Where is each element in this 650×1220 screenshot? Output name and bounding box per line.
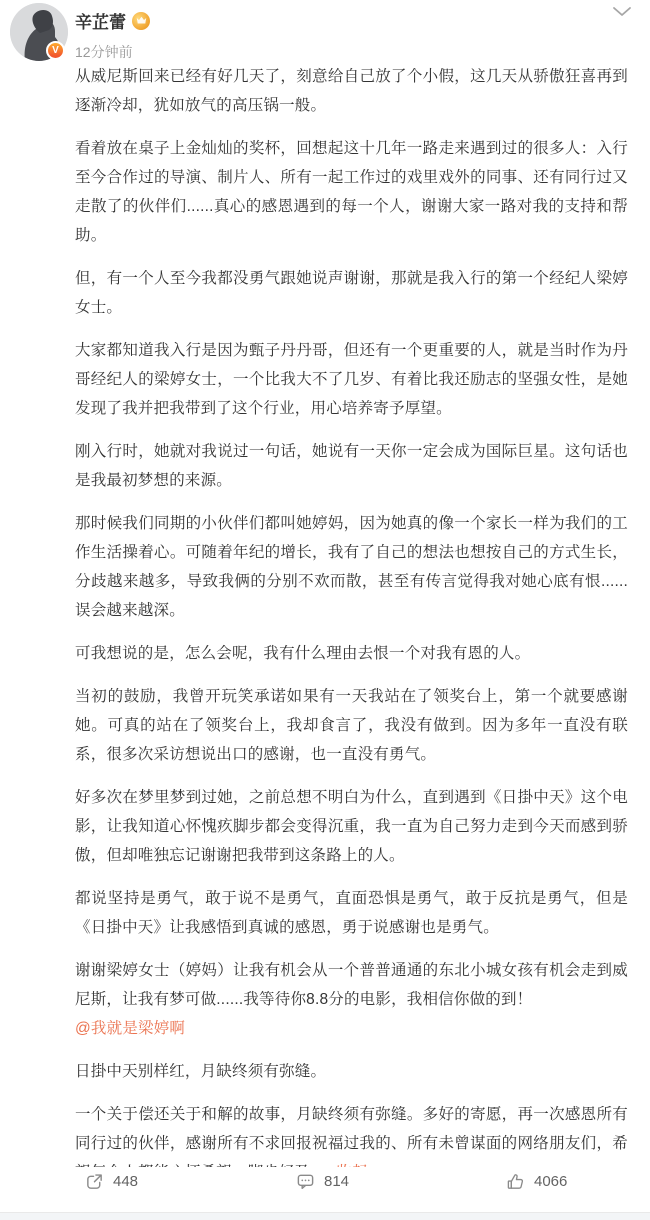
post-paragraph: 谢谢梁婷女士（婷妈）让我有机会从一个普普通通的东北小城女孩有机会走到威尼斯，让我… bbox=[75, 956, 628, 1043]
post-paragraph: 看着放在桌子上金灿灿的奖杯，回想起这十几年一路走来遇到过的很多人：入行至今合作过… bbox=[75, 134, 628, 250]
username[interactable]: 辛芷蕾 bbox=[75, 8, 126, 33]
post-paragraph: 可我想说的是，怎么会呢，我有什么理由去恨一个对我有恩的人。 bbox=[75, 639, 628, 668]
post-paragraph: 一个关于偿还关于和解的故事，月缺终须有弥缝。多好的寄愿，再一次感恩所有同行过的伙… bbox=[75, 1100, 628, 1167]
verified-v-badge-icon: V bbox=[46, 41, 65, 60]
post-paragraph: 那时候我们同期的小伙伴们都叫她婷妈，因为她真的像一个家长一样为我们的工作生活操着… bbox=[75, 509, 628, 625]
chevron-down-icon[interactable] bbox=[612, 6, 632, 17]
post-paragraph: 当初的鼓励，我曾开玩笑承诺如果有一天我站在了领奖台上，第一个就要感谢她。可真的站… bbox=[75, 682, 628, 769]
mention-link[interactable]: @我就是梁婷啊 bbox=[75, 1020, 185, 1037]
post-paragraph: 大家都知道我入行是因为甄子丹丹哥，但还有一个更重要的人，就是当时作为丹哥经纪人的… bbox=[75, 336, 628, 423]
post-paragraph-text: 谢谢梁婷女士（婷妈）让我有机会从一个普普通通的东北小城女孩有机会走到威尼斯，让我… bbox=[75, 962, 628, 1008]
comment-count: 814 bbox=[324, 1173, 349, 1190]
post-paragraph: 好多次在梦里梦到过她，之前总想不明白为什么，直到遇到《日掛中天》这个电影，让我知… bbox=[75, 783, 628, 870]
section-divider bbox=[0, 1212, 650, 1220]
thumbs-up-icon bbox=[506, 1172, 525, 1191]
timestamp: 12分钟前 bbox=[75, 42, 150, 62]
repost-count: 448 bbox=[113, 1173, 138, 1190]
user-info: 辛芷蕾 12分钟前 bbox=[75, 8, 150, 62]
like-count: 4066 bbox=[534, 1173, 567, 1190]
post-paragraph: 但，有一个人至今我都没勇气跟她说声谢谢，那就是我入行的第一个经纪人梁婷女士。 bbox=[75, 264, 628, 322]
collapse-link[interactable]: 收起 bbox=[336, 1164, 367, 1167]
like-button[interactable]: 4066 bbox=[506, 1172, 567, 1191]
post-content: 从威尼斯回来已经有好几天了，刻意给自己放了个小假，这几天从骄傲狂喜再到逐渐冷却，… bbox=[75, 62, 628, 1167]
post-paragraph: 从威尼斯回来已经有好几天了，刻意给自己放了个小假，这几天从骄傲狂喜再到逐渐冷却，… bbox=[75, 62, 628, 120]
comment-button[interactable]: 814 bbox=[296, 1172, 349, 1191]
comment-icon bbox=[296, 1172, 315, 1191]
repost-icon bbox=[85, 1172, 104, 1191]
post-paragraph: 都说坚持是勇气，敢于说不是勇气，直面恐惧是勇气，敢于反抗是勇气，但是《日掛中天》… bbox=[75, 884, 628, 942]
post-paragraph: 刚入行时，她就对我说过一句话，她说有一天你一定会成为国际巨星。这句话也是我最初梦… bbox=[75, 437, 628, 495]
post-paragraph: 日掛中天别样红，月缺终须有弥缝。 bbox=[75, 1057, 628, 1086]
membership-crown-icon bbox=[132, 12, 150, 30]
action-bar: 448 814 4066 bbox=[0, 1172, 650, 1208]
repost-button[interactable]: 448 bbox=[85, 1172, 138, 1191]
post-header: V 辛芷蕾 12分钟前 bbox=[0, 0, 650, 62]
weibo-post: V 辛芷蕾 12分钟前 从威尼斯回来已经有好几天了，刻意给自己放了个小假，这几天… bbox=[0, 0, 650, 1220]
post-paragraph-text: 一个关于偿还关于和解的故事，月缺终须有弥缝。多好的寄愿，再一次感恩所有同行过的伙… bbox=[75, 1106, 628, 1167]
